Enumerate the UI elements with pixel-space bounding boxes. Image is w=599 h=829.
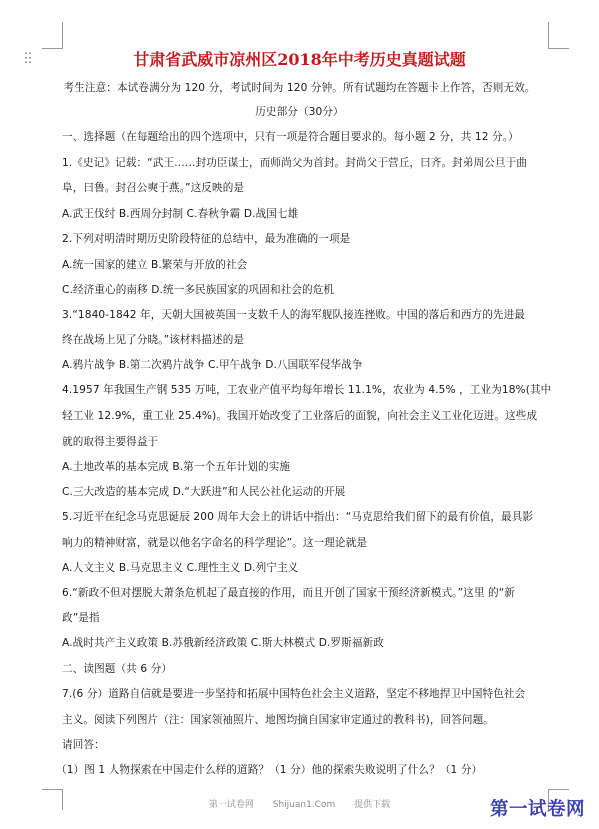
question-5-options: A.人文主义 B.马克思主义 C.理性主义 D.列宁主义 (62, 560, 298, 575)
question-2-line-1: 2.下列对明清时期历史阶段特征的总结中，最为准确的一项是 (62, 231, 350, 246)
question-2-options-1: A.统一国家的建立 B.繁荣与开放的社会 (62, 257, 247, 272)
part1-heading: 一、选择题（在每题给出的四个选项中，只有一项是符合题目要求的。每小题 2 分，共… (62, 129, 519, 144)
question-7-subquestion-1: （1）图 1 人物探索在中国走什么样的道路？（1 分）他的探索失败说明了什么？（… (56, 762, 482, 777)
question-6-line-1: 6.“新政不但对摆脱大萧条危机起了最直接的作用，而且开创了国家干预经济新模式。”… (62, 585, 515, 600)
question-3-line-1: 3.“1840-1842 年，天朝大国被英国一支数千人的海军舰队接连挫败。中国的… (62, 307, 525, 322)
question-4-line-3: 就的取得主要得益于 (62, 434, 158, 449)
question-4-options-1: A.土地改革的基本完成 B.第一个五年计划的实施 (62, 459, 290, 474)
question-5-line-1: 5.习近平在纪念马克思诞辰 200 周年大会上的讲话中指出：“马克思给我们留下的… (62, 509, 533, 524)
footer-site-name: 第一试卷网 (209, 800, 254, 810)
exam-notice: 考生注意：本试卷满分为 120 分，考试时间为 120 分钟。所有试题均在答题卡… (0, 80, 599, 95)
question-1-options: A.武王伐纣 B.西周分封制 C.春秋争霸 D.战国七雄 (62, 206, 298, 221)
watermark-logo: 第一试卷网 (490, 795, 585, 821)
question-7-prompt: 请回答： (62, 737, 105, 752)
question-6-line-2: 政”是指 (62, 610, 100, 625)
part2-heading: 二、读图题（共 6 分） (62, 661, 172, 676)
document-title: 甘肃省武威市凉州区2018年中考历史真题试题 (0, 47, 599, 70)
question-1-line-1: 1.《史记》记载：“武王……封功臣谋士，而师尚父为首封。封尚父于营丘，曰齐。封弟… (62, 155, 527, 170)
question-4-line-2: 轻工业 12.9%，重工业 25.4%)。我国开始改变了工业落后的面貌，向社会主… (62, 408, 537, 423)
question-3-line-2: 终在战场上见了分晓。”该材料描述的是 (62, 332, 244, 347)
page-corner-mark-top-right (548, 22, 569, 49)
question-4-options-2: C.三大改造的基本完成 D.“大跃进”和人民公社化运动的开展 (62, 484, 345, 499)
question-3-options: A.鸦片战争 B.第二次鸦片战争 C.甲午战争 D.八国联军侵华战争 (62, 357, 363, 372)
question-7-line-1: 7.(6 分）道路自信就是要进一步坚持和拓展中国特色社会主义道路，坚定不移地捍卫… (62, 686, 525, 701)
footer-site-url[interactable]: Shijuan1.Com (273, 800, 336, 810)
section-heading: 历史部分（30分） (0, 104, 599, 119)
question-1-line-2: 阜，曰鲁。封召公奭于燕。”这反映的是 (62, 180, 244, 195)
question-6-options: A.战时共产主义政策 B.苏俄新经济政策 C.斯大林模式 D.罗斯福新政 (62, 635, 384, 650)
question-2-options-2: C.经济重心的南移 D.统一多民族国家的巩固和社会的危机 (62, 282, 334, 297)
question-5-line-2: 响力的精神财富，就是以他名字命名的科学理论”。这一理论就是 (62, 535, 367, 550)
page-corner-mark-top-left (42, 22, 63, 49)
footer-download-note: 提供下载 (354, 800, 390, 810)
question-4-line-1: 4.1957 年我国生产钢 535 万吨，工农业产值平均每年增长 11.1%，农… (62, 382, 551, 397)
question-7-line-2: 主义。阅读下列图片（注：国家领袖照片、地图均摘自国家审定通过的教科书)，回答问题… (62, 712, 494, 727)
